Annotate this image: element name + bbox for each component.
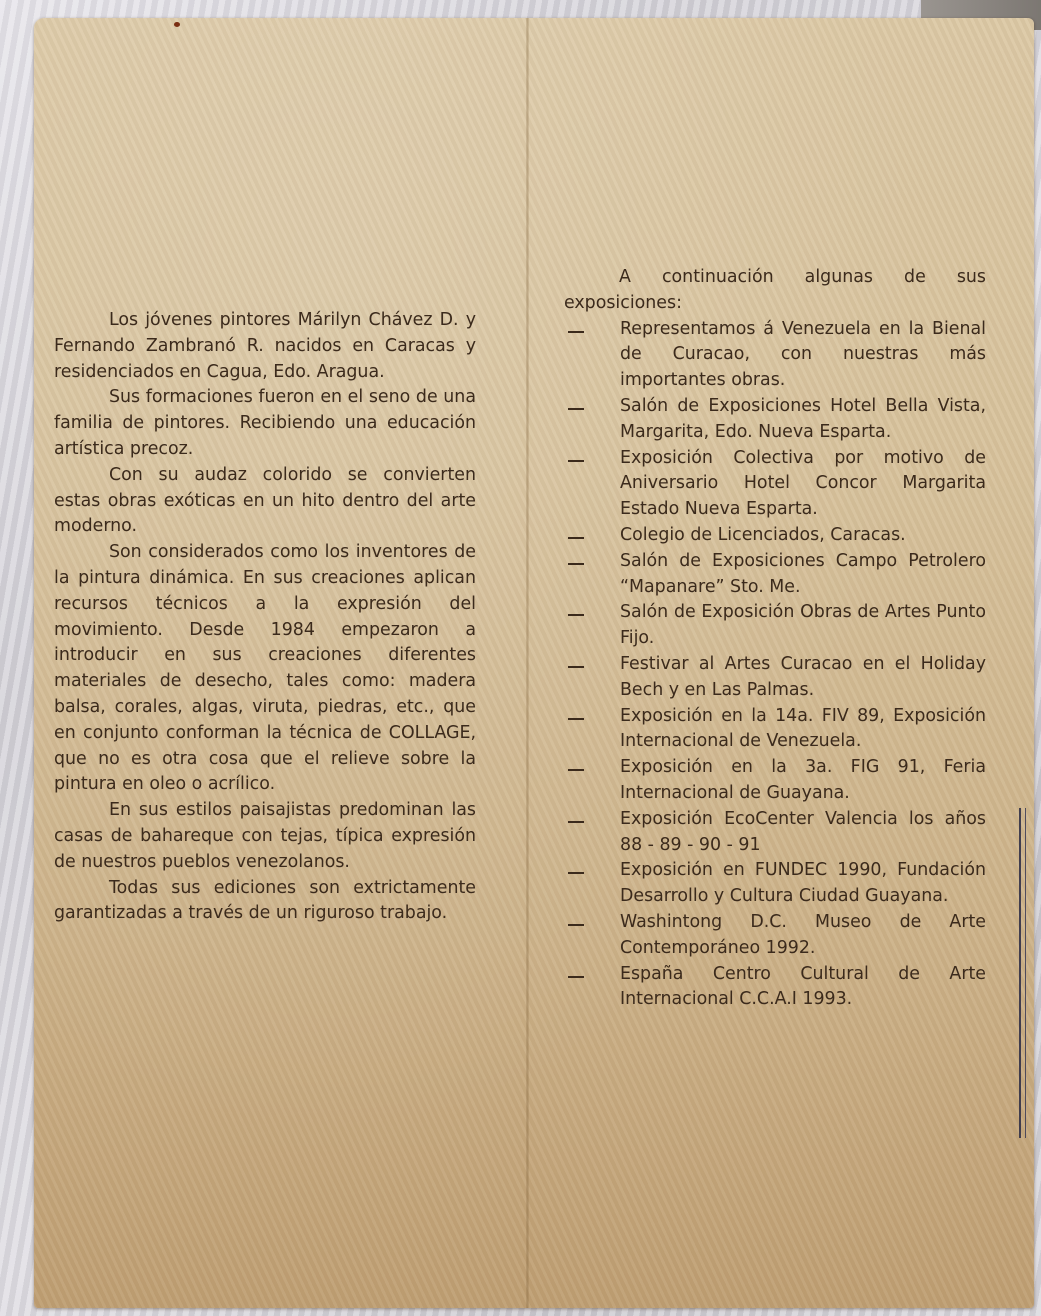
paper-speck (174, 22, 180, 27)
list-item: Salón de Exposiciones Hotel Bella Vista,… (564, 394, 986, 446)
list-item: Exposición en FUNDEC 1990, Fundación Des… (564, 858, 986, 910)
list-item: Representamos á Venezuela en la Bienal d… (564, 317, 986, 394)
exhibition-text: Festivar al Artes Curacao en el Holiday … (620, 654, 986, 700)
bio-paragraph: Sus formaciones fueron en el seno de una… (54, 385, 476, 462)
bio-paragraph: Todas sus ediciones son extrictamente ga… (54, 876, 476, 928)
exhibition-text: Colegio de Licenciados, Caracas. (620, 525, 906, 545)
center-fold (526, 18, 529, 1308)
list-item: España Centro Cultural de Arte Internaci… (564, 962, 986, 1014)
brochure-sheet: Los jóvenes pintores Márilyn Chávez D. y… (34, 18, 1034, 1308)
exhibition-text: Exposición en la 14a. FIV 89, Exposición… (620, 706, 986, 752)
list-item: Exposición EcoCenter Valencia los años 8… (564, 807, 986, 859)
exhibition-text: Exposición EcoCenter Valencia los años 8… (620, 809, 986, 855)
left-panel: Los jóvenes pintores Márilyn Chávez D. y… (54, 308, 476, 927)
bio-paragraph: Los jóvenes pintores Márilyn Chávez D. y… (54, 308, 476, 385)
exhibition-text: Washintong D.C. Museo de Arte Contemporá… (620, 912, 986, 958)
list-item: Exposición en la 3a. FIG 91, Feria Inter… (564, 755, 986, 807)
list-item: Salón de Exposiciones Campo Petrolero “M… (564, 549, 986, 601)
exhibition-text: Salón de Exposiciones Hotel Bella Vista,… (620, 396, 986, 442)
list-item: Salón de Exposición Obras de Artes Punto… (564, 600, 986, 652)
exhibitions-intro: A continuación algunas de sus exposicion… (564, 265, 986, 317)
exhibition-text: Exposición Colectiva por motivo de Anive… (620, 448, 986, 520)
exhibition-text: Exposición en la 3a. FIG 91, Feria Inter… (620, 757, 986, 803)
exhibition-text: Salón de Exposición Obras de Artes Punto… (620, 602, 986, 648)
exhibitions-list: Representamos á Venezuela en la Bienal d… (564, 317, 986, 1014)
bio-paragraph: En sus estilos paisajistas predominan la… (54, 798, 476, 875)
list-item: Exposición Colectiva por motivo de Anive… (564, 446, 986, 523)
list-item: Exposición en la 14a. FIV 89, Exposición… (564, 704, 986, 756)
pen-mark (1019, 808, 1026, 1138)
exhibition-text: España Centro Cultural de Arte Internaci… (620, 964, 986, 1010)
list-item: Colegio de Licenciados, Caracas. (564, 523, 986, 549)
bio-paragraph: Con su audaz colorido se convierten esta… (54, 463, 476, 540)
right-panel: A continuación algunas de sus exposicion… (564, 265, 986, 1013)
exhibition-text: Representamos á Venezuela en la Bienal d… (620, 319, 986, 391)
exhibition-text: Salón de Exposiciones Campo Petrolero “M… (620, 551, 986, 597)
list-item: Festivar al Artes Curacao en el Holiday … (564, 652, 986, 704)
list-item: Washintong D.C. Museo de Arte Contemporá… (564, 910, 986, 962)
bio-paragraph: Son considerados como los inventores de … (54, 540, 476, 798)
exhibition-text: Exposición en FUNDEC 1990, Fundación Des… (620, 860, 986, 906)
